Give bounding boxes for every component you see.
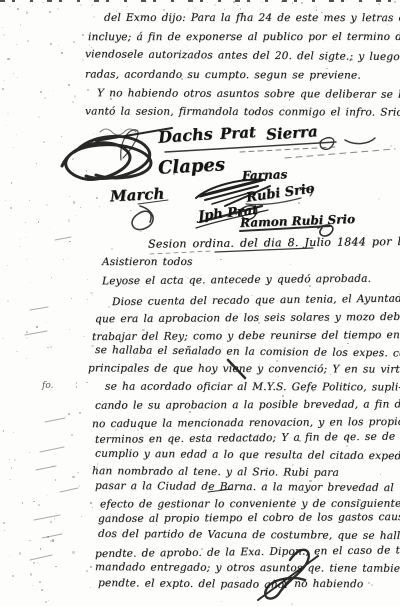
manuscript-line: mandado entregado; y otros asuntos qe. t… bbox=[95, 561, 400, 576]
signature: Sierra bbox=[265, 122, 318, 144]
signature: Farnas bbox=[242, 167, 288, 183]
marginal-note: fo. bbox=[42, 381, 53, 391]
manuscript-line: terminos en qe. esta redactado; Y a fin … bbox=[95, 430, 400, 447]
manuscript-line: se hallaba el señalado en la comision de… bbox=[95, 344, 400, 361]
manuscript-line: principales de que hoy viene y convenció… bbox=[88, 362, 400, 376]
manuscript-line: Leyose el acta qe. antecede y quedó apro… bbox=[102, 273, 371, 289]
manuscript-line: Y no habiendo bbox=[282, 578, 364, 592]
manuscript-line: no caduque la mencionada renovacion, y e… bbox=[92, 416, 400, 431]
march-flourish bbox=[132, 200, 168, 230]
manuscript-page: del Exmo dijo: Para la fha 24 de este me… bbox=[0, 0, 400, 606]
session-header: Sesion ordina. del dia 8. Julio 1844 por… bbox=[148, 234, 400, 250]
scan-edge-noise bbox=[0, 0, 400, 2]
manuscript-line: cumplio y aun edad a lo que resulta del … bbox=[95, 448, 400, 464]
manuscript-line: vantó la sesion, firmandola todos conmig… bbox=[85, 105, 400, 119]
manuscript-line: Y no habiendo otros asuntos sobre que de… bbox=[97, 87, 400, 102]
signature: Ramon Rubi Srio bbox=[240, 212, 355, 230]
manuscript-line: se ha acordado oficiar al M.Y.S. Gefe Po… bbox=[105, 381, 400, 395]
marginal-scribbles bbox=[25, 237, 78, 560]
scribble-mark bbox=[100, 129, 138, 160]
manuscript-line: incluye; á fin de exponerse al publico p… bbox=[88, 31, 400, 44]
signature: Prat bbox=[220, 123, 257, 143]
signature: March bbox=[110, 185, 165, 206]
manuscript-line: han nombrado al tene. y al Srio. Rubi pa… bbox=[92, 465, 339, 480]
manuscript-line: viendosele autorizados antes del 20. del… bbox=[85, 48, 400, 65]
signature: Clapes bbox=[157, 154, 225, 178]
rubric-flourish bbox=[62, 128, 172, 179]
manuscript-line: cando le su aprobacion a la posible brev… bbox=[95, 398, 400, 413]
manuscript-line: que era la aprobacion de los seis solare… bbox=[95, 311, 400, 327]
manuscript-line: trabajar del Rey; como y debe reunirse d… bbox=[92, 329, 400, 344]
manuscript-line: Diose cuenta del recado que aun tenia, e… bbox=[112, 292, 400, 309]
manuscript-line: pendte. el expto. del pasado año. bbox=[98, 577, 288, 592]
manuscript-line: radas, acordando su cumpto. segun se pre… bbox=[85, 68, 361, 82]
manuscript-line: efecto de gestionar lo conveniente y de … bbox=[100, 498, 400, 512]
manuscript-line: del Exmo dijo: Para la fha 24 de este me… bbox=[104, 12, 400, 25]
manuscript-line: dos del partido de Vacuna de costumbre, … bbox=[98, 528, 400, 543]
manuscript-line: pasar a la Ciudad de Barna. a la mayor b… bbox=[95, 480, 394, 495]
signature: Rubi Srio bbox=[245, 181, 315, 205]
signature: Dachs bbox=[157, 124, 213, 147]
manuscript-line: Asistieron todos bbox=[102, 256, 193, 269]
manuscript-line: gandose al propio tiempo el cobro de los… bbox=[98, 511, 400, 526]
manuscript-line: pendte. de aprobo. de la Exa. Dipon., en… bbox=[95, 544, 400, 561]
